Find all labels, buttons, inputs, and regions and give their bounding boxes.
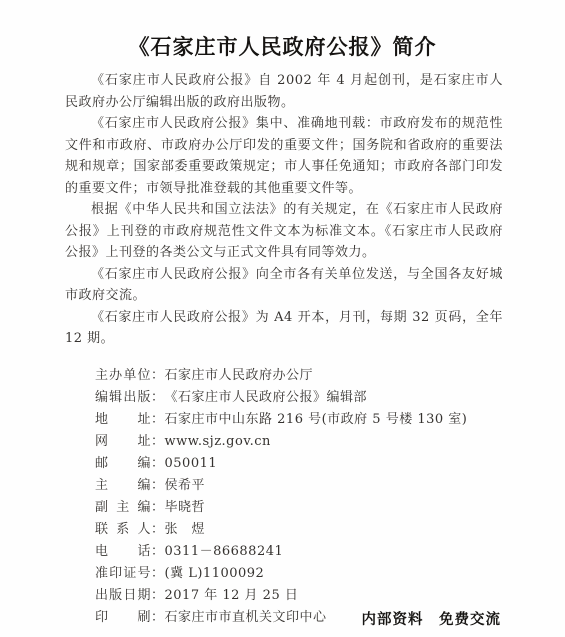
info-colon: ： xyxy=(151,519,165,541)
info-colon: ： xyxy=(151,607,165,629)
info-colon: ： xyxy=(151,475,165,497)
info-colon: ： xyxy=(151,541,165,563)
info-value: 0311－86688241 xyxy=(165,541,284,563)
publication-info-list: 主办单位：石家庄市人民政府办公厅 编辑出版：《石家庄市人民政府公报》编辑部 地址… xyxy=(95,365,503,629)
info-label: 网址 xyxy=(95,431,151,453)
document-page: 《石家庄市人民政府公报》简介 《石家庄市人民政府公报》自 2002 年 4 月起… xyxy=(0,0,565,637)
info-colon: ： xyxy=(151,585,165,607)
info-row-website: 网址：www.sjz.gov.cn xyxy=(95,431,503,453)
info-row-publisher: 编辑出版：《石家庄市人民政府公报》编辑部 xyxy=(95,387,503,409)
info-label: 出版日期 xyxy=(95,585,151,607)
info-row-sponsor: 主办单位：石家庄市人民政府办公厅 xyxy=(95,365,503,387)
info-value: 石家庄市市直机关文印中心 xyxy=(165,607,327,629)
info-colon: ： xyxy=(151,387,165,409)
paragraph-legal-status: 根据《中华人民共和国立法法》的有关规定，在《石家庄市人民政府公报》上刊登的市政府… xyxy=(65,199,503,264)
info-label: 准印证号 xyxy=(95,563,151,585)
info-colon: ： xyxy=(151,409,165,431)
info-colon: ： xyxy=(151,453,165,475)
info-row-license-number: 准印证号：(冀 L)1100092 xyxy=(95,563,503,585)
info-value: www.sjz.gov.cn xyxy=(165,431,271,453)
info-value: 2017 年 12 月 25 日 xyxy=(165,585,299,607)
internal-material-notice: 内部资料 免费交流 xyxy=(362,608,502,629)
info-value: 毕晓哲 xyxy=(165,497,206,519)
info-label: 邮编 xyxy=(95,453,151,475)
info-label: 印刷 xyxy=(95,607,151,629)
info-value: 050011 xyxy=(165,453,218,475)
info-value: 石家庄市中山东路 216 号(市政府 5 号楼 130 室) xyxy=(165,409,468,431)
info-value: 侯希平 xyxy=(165,475,206,497)
info-colon: ： xyxy=(151,365,165,387)
info-value: 《石家庄市人民政府公报》编辑部 xyxy=(165,387,368,409)
info-value: 石家庄市人民政府办公厅 xyxy=(165,365,314,387)
paragraph-format: 《石家庄市人民政府公报》为 A4 开本，月刊，每期 32 页码，全年 12 期。 xyxy=(65,307,503,350)
info-colon: ： xyxy=(151,497,165,519)
info-row-contact-person: 联系人：张 煜 xyxy=(95,519,503,541)
info-value: 张 煜 xyxy=(165,519,206,541)
info-value: (冀 L)1100092 xyxy=(165,563,265,585)
paragraph-distribution: 《石家庄市人民政府公报》向全市各有关单位发送，与全国各友好城市政府交流。 xyxy=(65,264,503,307)
info-row-phone: 电话：0311－86688241 xyxy=(95,541,503,563)
info-label: 主办单位 xyxy=(95,365,151,387)
info-label: 副主编 xyxy=(95,497,151,519)
info-row-publish-date: 出版日期：2017 年 12 月 25 日 xyxy=(95,585,503,607)
intro-paragraphs: 《石家庄市人民政府公报》自 2002 年 4 月起创刊，是石家庄市人民政府办公厅… xyxy=(65,70,503,350)
paragraph-contents: 《石家庄市人民政府公报》集中、准确地刊载：市政府发布的规范性文件和市政府、市政府… xyxy=(65,113,503,199)
info-colon: ： xyxy=(151,431,165,453)
info-row-postcode: 邮编：050011 xyxy=(95,453,503,475)
info-colon: ： xyxy=(151,563,165,585)
info-row-chief-editor: 主编：侯希平 xyxy=(95,475,503,497)
info-row-address: 地址：石家庄市中山东路 216 号(市政府 5 号楼 130 室) xyxy=(95,409,503,431)
info-label: 联系人 xyxy=(95,519,151,541)
info-label: 编辑出版 xyxy=(95,387,151,409)
paragraph-founding: 《石家庄市人民政府公报》自 2002 年 4 月起创刊，是石家庄市人民政府办公厅… xyxy=(65,70,503,113)
page-title: 《石家庄市人民政府公报》简介 xyxy=(0,0,565,61)
info-row-deputy-editor: 副主编：毕晓哲 xyxy=(95,497,503,519)
info-label: 主编 xyxy=(95,475,151,497)
info-label: 地址 xyxy=(95,409,151,431)
info-label: 电话 xyxy=(95,541,151,563)
